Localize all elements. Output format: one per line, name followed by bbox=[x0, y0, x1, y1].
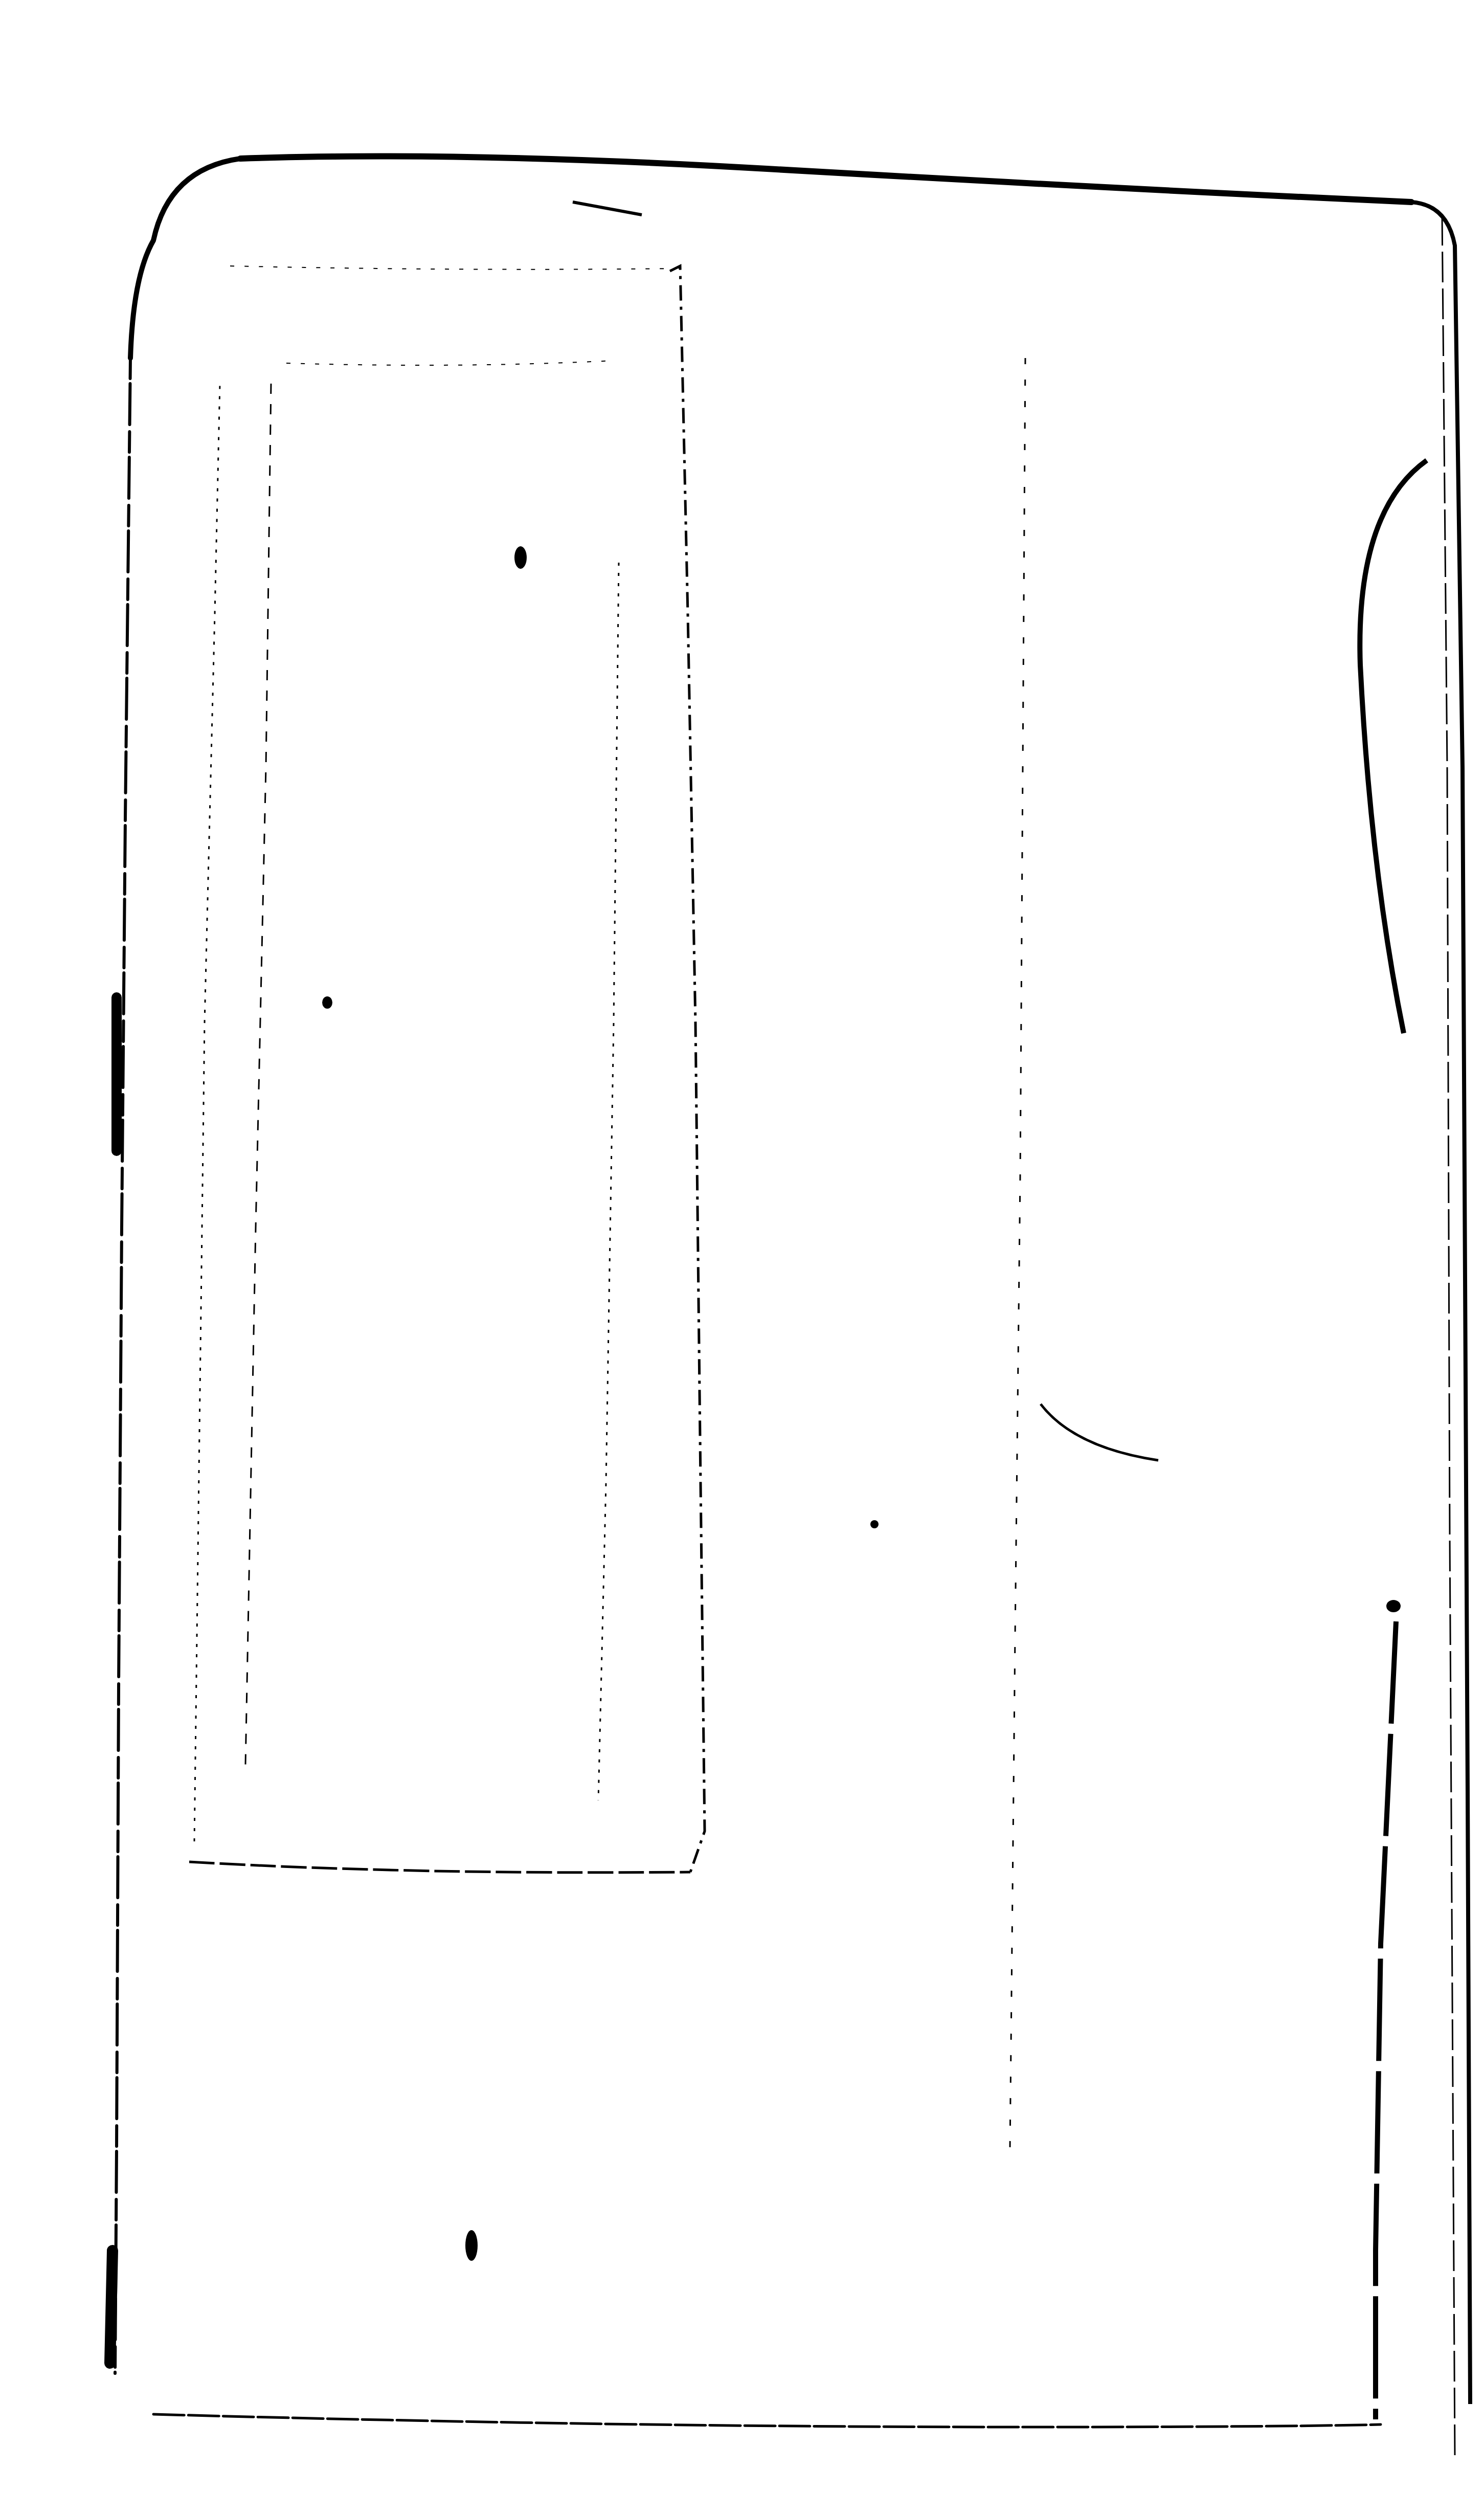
book-cover-scan bbox=[0, 0, 1484, 2514]
specks bbox=[322, 546, 1401, 2261]
cover-artwork bbox=[0, 0, 1484, 2514]
cover-border bbox=[110, 157, 1411, 2428]
title-label-frame bbox=[189, 202, 705, 1873]
page-edges bbox=[1360, 202, 1470, 2455]
stitch-line bbox=[1010, 358, 1025, 2148]
